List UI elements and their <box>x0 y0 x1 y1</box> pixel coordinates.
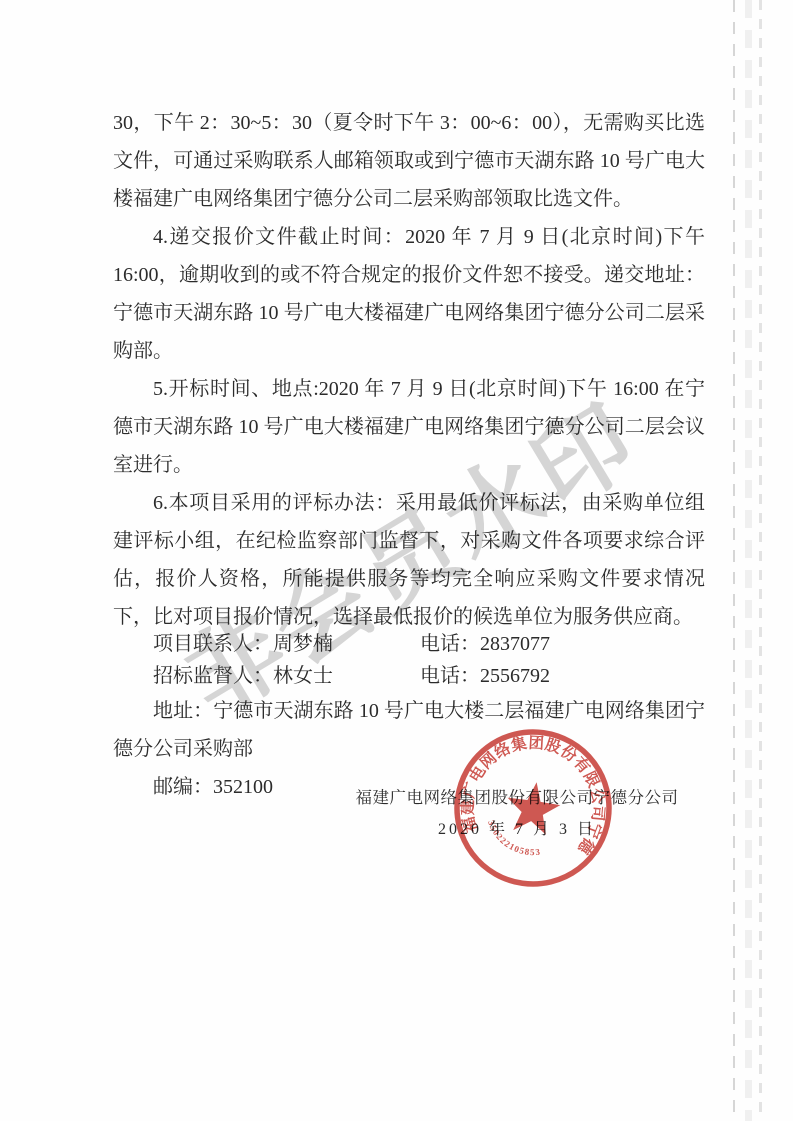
contact-person: 项目联系人：周梦楠 <box>153 633 333 655</box>
contact-row-supervisor: 招标监督人：林女士 电话：2556792 <box>113 660 705 692</box>
scan-streak <box>733 0 735 1121</box>
scan-streak <box>745 0 752 1121</box>
seal-star-icon <box>503 779 563 837</box>
contact-section: 项目联系人：周梦楠 电话：2837077 招标监督人：林女士 电话：255679… <box>113 628 705 692</box>
document-body: 30，下午 2：30~5：30（夏令时下午 3：00~6：00），无需购买比选文… <box>113 104 705 806</box>
contact-phone: 电话：2837077 <box>420 628 550 660</box>
scanned-document-page: 非会员水印 30，下午 2：30~5：30（夏令时下午 3：00~6：00），无… <box>0 0 793 1121</box>
paragraph-item-6: 6.本项目采用的评标办法：采用最低价评标法，由采购单位组建评标小组，在纪检监察部… <box>113 484 705 636</box>
contact-person: 招标监督人：林女士 <box>153 665 333 687</box>
paragraph-item-4: 4.递交报价文件截止时间：2020 年 7 月 9 日(北京时间)下午 16:0… <box>113 218 705 370</box>
paragraph-item-5: 5.开标时间、地点:2020 年 7 月 9 日(北京时间)下午 16:00 在… <box>113 370 705 484</box>
scan-edge-artifacts <box>723 0 793 1121</box>
paragraph-continuation: 30，下午 2：30~5：30（夏令时下午 3：00~6：00），无需购买比选文… <box>113 104 705 218</box>
company-seal-stamp: 福建广电网络集团股份有限公司宁德分公司 350222105853 <box>448 723 618 893</box>
contact-row-project: 项目联系人：周梦楠 电话：2837077 <box>113 628 705 660</box>
scan-streak <box>759 0 762 1121</box>
contact-phone: 电话：2556792 <box>420 660 550 692</box>
